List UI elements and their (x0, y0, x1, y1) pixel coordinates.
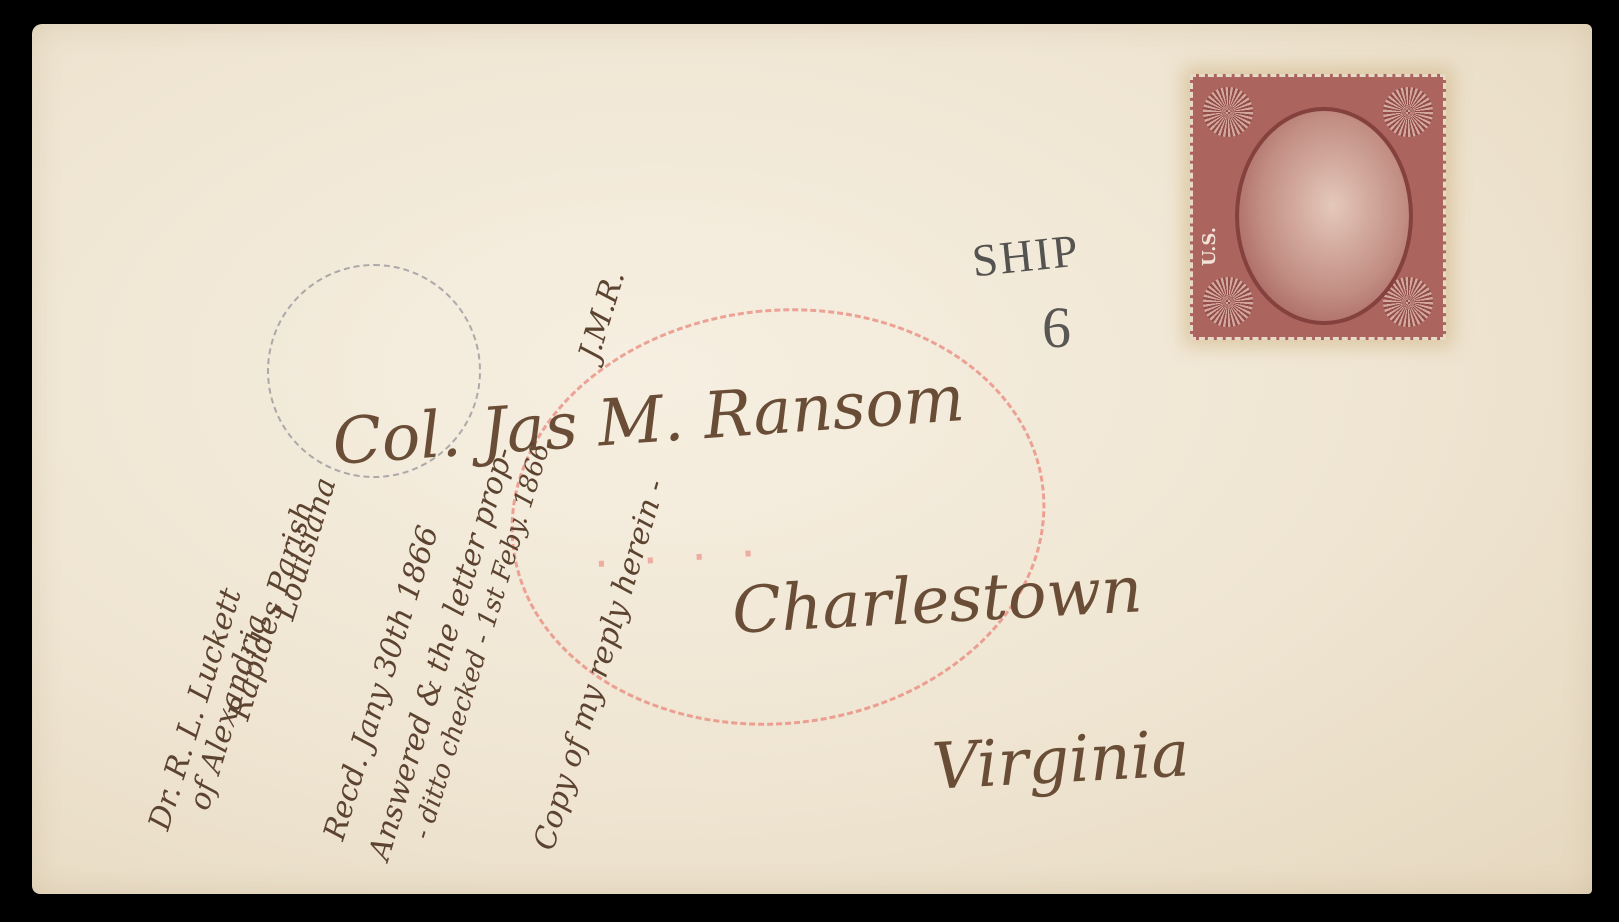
address-line-3: Virginia (930, 717, 1191, 804)
stamp-portrait (1235, 107, 1413, 325)
stamp-rosette-icon (1203, 277, 1253, 327)
rate-handstamp: 6 (1042, 294, 1071, 361)
stamp-country-label: U.S. (1199, 227, 1220, 266)
stamp-rosette-icon (1383, 87, 1433, 137)
docket-line: J.M.R. (572, 266, 632, 364)
ship-handstamp: SHIP (970, 224, 1083, 288)
stamp-rosette-icon (1203, 87, 1253, 137)
postage-stamp: U.S. (1190, 74, 1446, 340)
envelope: · · · · U.S. SHIP 6 Col. Jas M. Ransom C… (32, 24, 1592, 894)
